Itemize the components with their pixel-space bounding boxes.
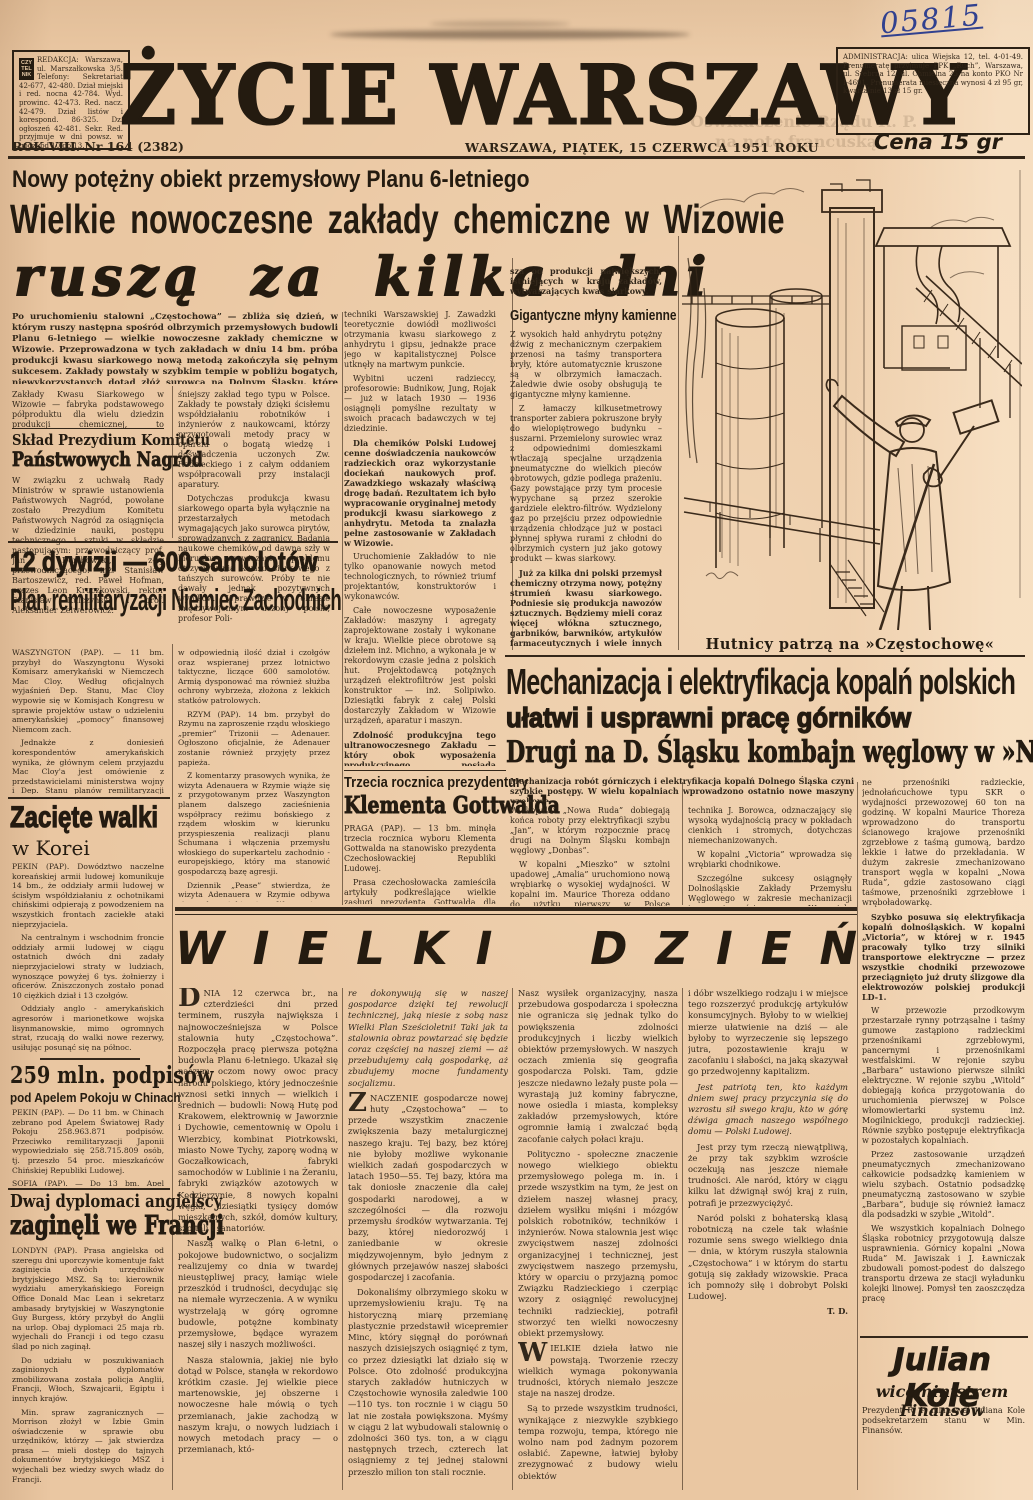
kombajn-headline3: Drugi na D. Śląsku kombajn węglowy w »No… xyxy=(506,735,1033,770)
remil-headline: Plan remilitaryzacji Niemiec Zachodnich xyxy=(10,582,562,618)
illustration-caption: Hutnicy patrzą na »Częstochowę« xyxy=(676,636,1024,653)
column-rule xyxy=(512,258,513,650)
lead-intro: Po uruchomieniu stalowni „Częstochowa” —… xyxy=(12,312,338,384)
czytelnik-logo: CZY TEL NIK xyxy=(19,58,34,80)
column-rule xyxy=(342,988,343,1490)
remil-col1: WASZYNGTON (PAP). — 11 bm. przybył do Wa… xyxy=(12,648,164,794)
redakcja-info-box: CZY TEL NIK REDAKCJA: Warszawa, ul. Mars… xyxy=(12,50,130,150)
kombajn-top-rule xyxy=(505,655,1025,657)
redakcja-text: REDAKCJA: Warszawa, ul. Marszałkowska 3/… xyxy=(19,56,123,150)
newspaper-title: ŻYCIE WARSZAWY xyxy=(120,48,960,143)
dyplomaci-top-rule xyxy=(8,1188,170,1190)
wielki-author-initials: T. D. xyxy=(688,1306,848,1317)
remil-top-rule xyxy=(8,541,338,543)
wielki-col3: Nasz wysiłek organizacyjny, nasza przebu… xyxy=(518,988,678,1490)
column-rule xyxy=(512,988,513,1490)
kombajn-col2: technika J. Borowca, odznaczający się wy… xyxy=(688,806,852,906)
nagrody-rule xyxy=(12,428,164,429)
wielki-col1: DNIA 12 czerwca br., na czterdzieści dni… xyxy=(178,988,338,1490)
newspaper-front-page: 05815 Oświadczenie Rządu R. P. na notę f… xyxy=(0,0,1033,1500)
dyplomaci-body: LONDYN (PAP). Prasa angielska od szeregu… xyxy=(12,1246,164,1492)
korea-top-rule xyxy=(8,797,170,799)
korea-subhead: w Korei xyxy=(12,836,90,860)
korea-body: PEKIN (PAP). Dowództwo naczelne koreańsk… xyxy=(12,862,164,1054)
kombajn-headline1: Mechanizacja i elektryfikacja kopalń pol… xyxy=(506,661,1033,703)
wielki-banner: WIELKI DZIEŃ xyxy=(175,922,857,975)
lead-kicker: Nowy potężny obiekt przemysłowy Planu 6-… xyxy=(12,166,530,194)
wielki-col2: re dokonywują się w naszej gospodarce dz… xyxy=(348,988,508,1490)
kombajn-headline2: ułatwi i usprawni pracę górników xyxy=(506,702,946,734)
gottwald-top-rule xyxy=(344,770,506,771)
wielki-col4: i dóbr wszelkiego rodzaju i w miejsce te… xyxy=(688,988,848,1490)
handwritten-issue-number: 05815 xyxy=(879,0,984,40)
podpisy-divider xyxy=(40,1058,140,1060)
print-smudge xyxy=(330,30,690,39)
column-rule xyxy=(682,782,683,905)
column-rule xyxy=(682,988,683,1490)
lead-headline: Wielkie nowoczesne zakłady chemiczne w W… xyxy=(10,196,785,243)
column-rule xyxy=(342,312,343,905)
issue-number: ROK VIII. Nr 164 (2382) xyxy=(12,139,184,154)
kombajn-rail: ne przenośniki radzieckie, jednołańcucho… xyxy=(862,778,1025,1330)
remil-col2: w odpowiednią ilość dział i czołgów oraz… xyxy=(178,648,330,902)
column-rule xyxy=(172,644,173,1490)
column-rule xyxy=(857,782,858,1490)
kombajn-col1: W kopalni „Nowa Ruda” dobiegają końca ro… xyxy=(510,806,670,906)
lead-col1: Zakłady Kwasu Siarkowego w Wizowie — fab… xyxy=(12,390,164,430)
column-rule xyxy=(172,386,173,538)
factory-worker-illustration xyxy=(680,168,1022,630)
korea-headline: Zacięte walki xyxy=(10,801,195,835)
masthead-rule xyxy=(8,156,1025,159)
wielki-double-rule-top xyxy=(175,907,857,911)
administracja-info-box: ADMINISTRACJA: ulica Wiejska 12, tel. 4-… xyxy=(836,47,1030,135)
price: Cena 15 gr xyxy=(852,130,1024,154)
column-rule xyxy=(678,236,679,650)
lead-col3: techniki Warszawskiej J. Zawadzki teoret… xyxy=(344,310,496,766)
wielki-double-rule-bottom xyxy=(175,914,857,915)
podpisy-body: PEKIN (PAP). — Do 11 bm. w Chinach zebra… xyxy=(12,1108,164,1186)
print-smudge-small xyxy=(430,21,570,27)
gottwald-body: PRAGA (PAP). — 13 bm. minęła trzecia roc… xyxy=(344,824,496,904)
remil-kicker: 12 dywizji — 600 samolotów xyxy=(10,546,385,578)
lead-col4-top: sza od produkcji największych, istniejąc… xyxy=(510,266,662,308)
dateline: WARSZAWA, PIĄTEK, 15 CZERWCA 1951 ROKU xyxy=(402,140,882,155)
kole-body: Prezydent R. P. mianował Juliana Kole po… xyxy=(862,1406,1025,1450)
administracja-text: ADMINISTRACJA: ulica Wiejska 12, tel. 4-… xyxy=(843,53,1023,95)
kole-top-rule xyxy=(860,1336,1028,1338)
